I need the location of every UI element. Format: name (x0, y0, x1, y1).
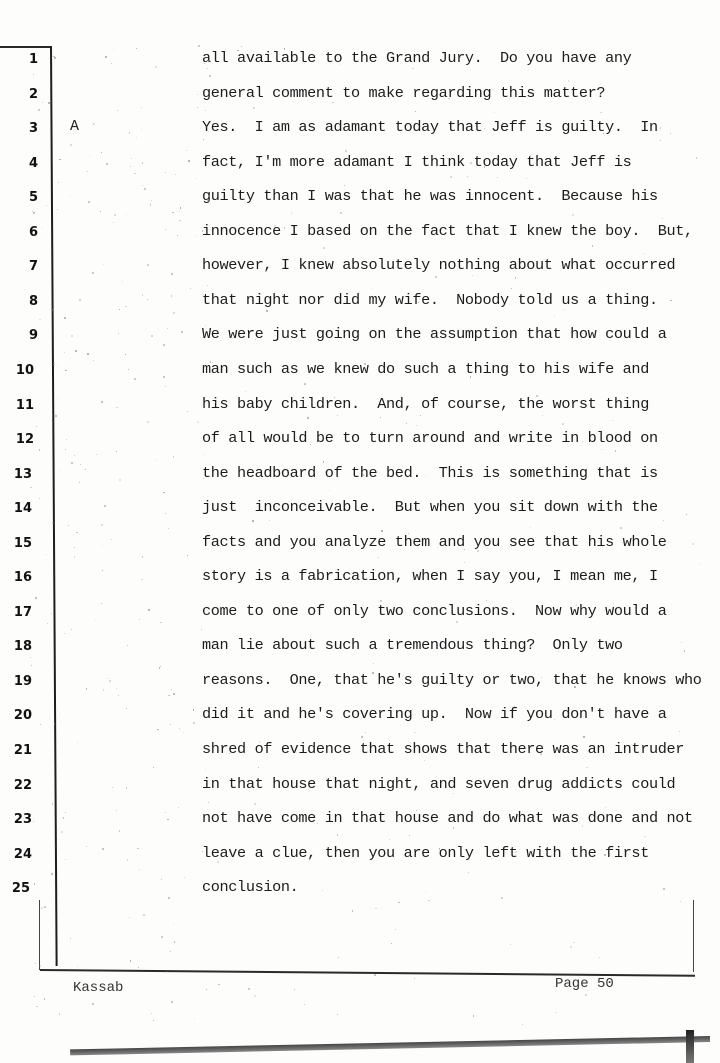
line-number: 23 (4, 812, 32, 827)
footer-page-number: Page 50 (555, 976, 614, 992)
line-number: 7 (10, 259, 38, 274)
line-number: 11 (6, 398, 34, 413)
transcript-line: guilty than I was that he was innocent. … (202, 187, 658, 205)
line-number: 14 (4, 501, 32, 516)
transcript-line: fact, I'm more adamant I think today tha… (202, 153, 631, 171)
line-number: 8 (10, 294, 38, 309)
line-number: 22 (4, 778, 32, 793)
line-number: 16 (4, 570, 32, 585)
line-number: 9 (10, 328, 38, 343)
transcript-line: man lie about such a tremendous thing? O… (202, 636, 623, 654)
line-number: 2 (10, 87, 38, 102)
transcript-line: just inconceivable. But when you sit dow… (202, 498, 658, 516)
transcript-line: of all would be to turn around and write… (202, 429, 658, 447)
left-margin-rule (50, 46, 58, 966)
line-number: 20 (4, 708, 32, 723)
transcript-line: however, I knew absolutely nothing about… (202, 256, 675, 274)
transcript-line: that night nor did my wife. Nobody told … (202, 291, 658, 309)
line-number: 24 (4, 847, 32, 862)
line-number: 3 (10, 121, 38, 136)
transcript-line: We were just going on the assumption tha… (202, 325, 667, 343)
top-margin-rule (0, 46, 52, 48)
scan-corner-shadow (686, 1030, 694, 1063)
transcript-line: his baby children. And, of course, the w… (202, 395, 649, 413)
line-number: 19 (4, 674, 32, 689)
box-left-edge (39, 900, 40, 970)
speaker-marker: A (70, 118, 79, 135)
transcript-line: the headboard of the bed. This is someth… (202, 464, 658, 482)
scan-shadow-edge (70, 1036, 710, 1055)
line-number: 25 (2, 881, 30, 896)
transcript-line: Yes. I am as adamant today that Jeff is … (202, 118, 658, 136)
transcript-line: reasons. One, that he's guilty or two, t… (202, 671, 702, 689)
transcript-line: man such as we knew do such a thing to h… (202, 360, 649, 378)
line-number: 12 (6, 432, 34, 447)
line-number: 1 (10, 52, 38, 67)
transcript-line: leave a clue, then you are only left wit… (202, 844, 649, 862)
transcript-line: in that house that night, and seven drug… (202, 775, 675, 793)
line-number: 10 (6, 363, 34, 378)
transcript-line: shred of evidence that shows that there … (202, 740, 684, 758)
line-number: 13 (4, 467, 32, 482)
line-number: 18 (4, 639, 32, 654)
transcript-page: 1234567891011121314151617181920212223242… (0, 0, 720, 1063)
transcript-line: conclusion. (202, 878, 298, 896)
line-number: 6 (10, 225, 38, 240)
transcript-line: facts and you analyze them and you see t… (202, 533, 667, 551)
transcript-line: story is a fabrication, when I say you, … (202, 567, 658, 585)
transcript-line: not have come in that house and do what … (202, 809, 693, 827)
transcript-line: come to one of only two conclusions. Now… (202, 602, 667, 620)
transcript-line: did it and he's covering up. Now if you … (202, 705, 667, 723)
transcript-line: general comment to make regarding this m… (202, 84, 605, 102)
line-number: 15 (4, 536, 32, 551)
footer-witness-name: Kassab (73, 980, 123, 996)
line-number: 21 (4, 743, 32, 758)
box-right-edge (693, 900, 694, 972)
line-number: 17 (4, 605, 32, 620)
line-number: 5 (10, 190, 38, 205)
line-number: 4 (10, 156, 38, 171)
transcript-line: all available to the Grand Jury. Do you … (202, 49, 631, 67)
